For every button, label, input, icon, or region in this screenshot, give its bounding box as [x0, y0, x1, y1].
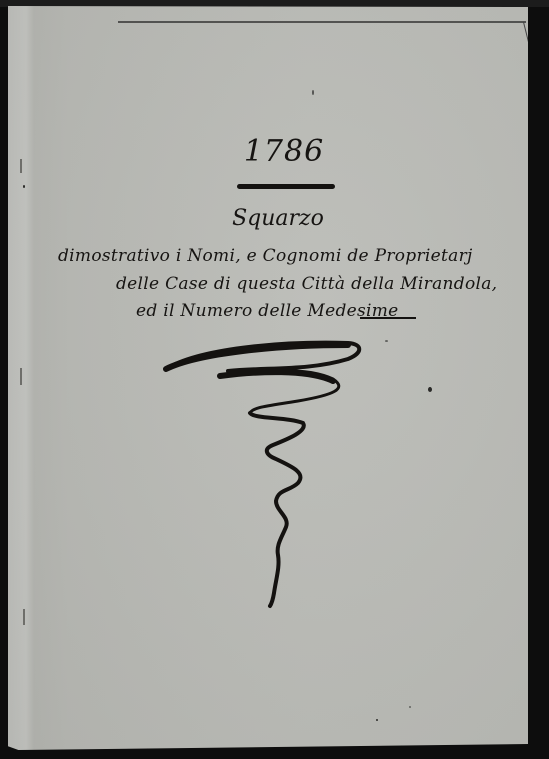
title-line-3-flourish-rule: [360, 317, 416, 319]
title-line-1: dimostrativo i Nomi, e Cognomi de Propri…: [58, 246, 473, 266]
binding-stitch: [20, 159, 22, 173]
ink-speck: [409, 706, 411, 708]
scanner-top-edge: [0, 0, 549, 7]
ink-speck: [23, 185, 25, 188]
manuscript-page: 1786 Squarzo dimostrativo i Nomi, e Cogn…: [8, 6, 528, 750]
binding-stitch: [20, 368, 22, 385]
calligraphic-flourish: [158, 331, 378, 611]
document-heading: Squarzo: [218, 206, 338, 231]
year-underline: [237, 184, 335, 189]
ink-speck: [428, 387, 432, 392]
title-line-2: delle Case di questa Città della Mirando…: [116, 274, 497, 294]
top-ruled-line: [118, 21, 526, 23]
binding-stitch: [23, 609, 25, 625]
ink-speck: [312, 90, 314, 95]
ink-speck: [376, 719, 378, 721]
document-year: 1786: [234, 134, 334, 169]
ink-speck: [385, 340, 388, 342]
